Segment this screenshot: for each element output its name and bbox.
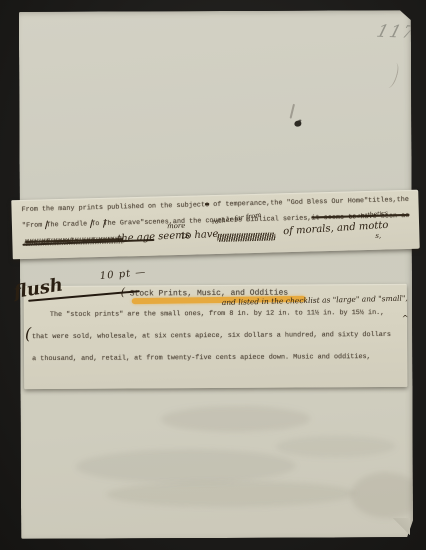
scanned-manuscript-photo: 117 From the many prints published on th…	[0, 0, 426, 550]
handwriting-insert: more	[167, 223, 186, 230]
pencil-mark	[290, 104, 295, 119]
smudge	[76, 449, 296, 484]
pasted-typed-block: ( Stock Prints, Music, and Oddities and …	[24, 284, 408, 389]
manuscript-page: 117	[19, 10, 413, 539]
typed-line: a thousand, and, retail, at from twenty-…	[32, 354, 371, 363]
typed-line: The "stock prints" are the small ones, f…	[50, 310, 385, 319]
pasted-typed-strip: From the many prints published on the su…	[11, 190, 419, 260]
handwriting: of morals, and motto	[283, 221, 389, 237]
insertion-caret: ^	[402, 315, 409, 323]
smudge	[161, 406, 311, 433]
typed-text: From the many prints published on the su…	[21, 201, 205, 214]
page-number: 117	[374, 22, 418, 43]
handwritten-brace: (	[25, 326, 31, 342]
folded-corner	[393, 518, 410, 535]
pencil-squiggle	[383, 61, 400, 89]
smudge	[351, 472, 421, 518]
handwriting: to have	[181, 230, 219, 242]
scribbled-out-word	[217, 232, 275, 242]
handwriting-insert: and listed in the checklist as "large" a…	[222, 295, 408, 307]
smudge	[276, 435, 396, 458]
typed-line: From the many prints published on the su…	[21, 197, 409, 214]
handwriting: the age seems	[117, 231, 190, 245]
typed-text: of temperance,the "God Bless Our Home"ti…	[209, 196, 409, 209]
handwriting-subscript: s,	[375, 233, 381, 240]
smudge	[106, 480, 356, 507]
handwriting-insert: rather far from	[211, 212, 261, 226]
ink-blot	[294, 121, 301, 127]
typed-line: that were sold, wholesale, at six cents …	[32, 332, 391, 341]
